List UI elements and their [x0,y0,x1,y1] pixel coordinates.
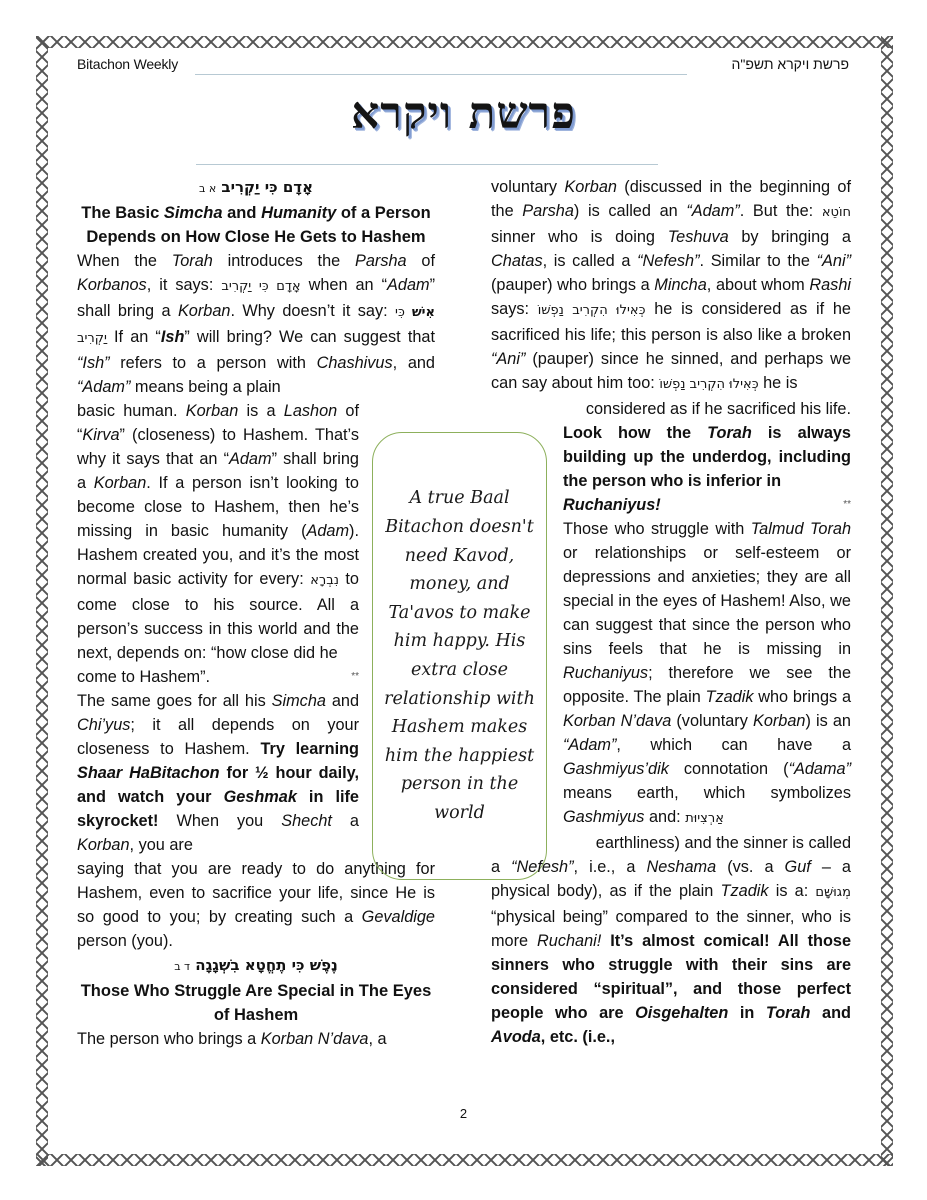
paragraph: Those who struggle with Talmud Torah or … [563,517,851,831]
paragraph: Look how the Torah is always building up… [563,421,851,493]
hebrew-verse: אָדָם כִּי יַקְרִיב [221,178,313,196]
wrapped-text-block: basic human. Korban is a Lashon of “Kirv… [77,399,359,857]
border-top [36,36,893,48]
paragraph: basic human. Korban is a Lashon of “Kirv… [77,399,359,665]
paragraph-line: earthliness) and the sinner is called [563,831,851,855]
border-left [36,36,48,1166]
title-divider [196,164,658,165]
verse-reference: ד ב [174,960,190,973]
page-title: פרשת ויקרא [0,88,927,139]
verse-reference: א ב [199,182,216,195]
paragraph: voluntary Korban (discussed in the begin… [491,175,851,397]
section-break-line: come to Hashem”.** [77,665,359,689]
wrapped-text-block: considered as if he sacrificed his life.… [563,397,851,855]
border-bottom [36,1154,893,1166]
hebrew-verse: נֶפֶשׁ כִּי תֶחֱטָא בִשְׁגָגָה [195,956,338,974]
paragraph: The same goes for all his Simcha and Chi… [77,689,359,857]
page-header: Bitachon Weekly פרשת ויקרא תשפ"ה [77,56,849,78]
paragraph-line: considered as if he sacrificed his life. [563,397,851,421]
page-number: 2 [0,1106,927,1121]
right-column: voluntary Korban (discussed in the begin… [491,175,851,1049]
paragraph: When the Torah introduces the Parsha of … [77,249,435,399]
section-1-hebrew-heading: אָדָם כִּי יַקְרִיב א ב [77,175,435,201]
section-1-heading: The Basic Simcha and Humanity of a Perso… [77,201,435,249]
border-right [881,36,893,1166]
section-separator-stars: ** [351,665,359,689]
section-break-line: Ruchaniyus!** [563,493,851,517]
section-2-hebrew-heading: נֶפֶשׁ כִּי תֶחֱטָא בִשְׁגָגָה ד ב [77,953,435,979]
section-2-heading: Those Who Struggle Are Special in The Ey… [77,979,435,1027]
paragraph: The person who brings a Korban N’dava, a [77,1027,435,1051]
publication-name: Bitachon Weekly [77,56,178,72]
header-divider [195,74,687,75]
paragraph: a “Nefesh”, i.e., a Neshama (vs. a Guf –… [491,855,851,1049]
section-separator-stars: ** [843,493,851,517]
parsha-year-label: פרשת ויקרא תשפ"ה [732,56,849,72]
